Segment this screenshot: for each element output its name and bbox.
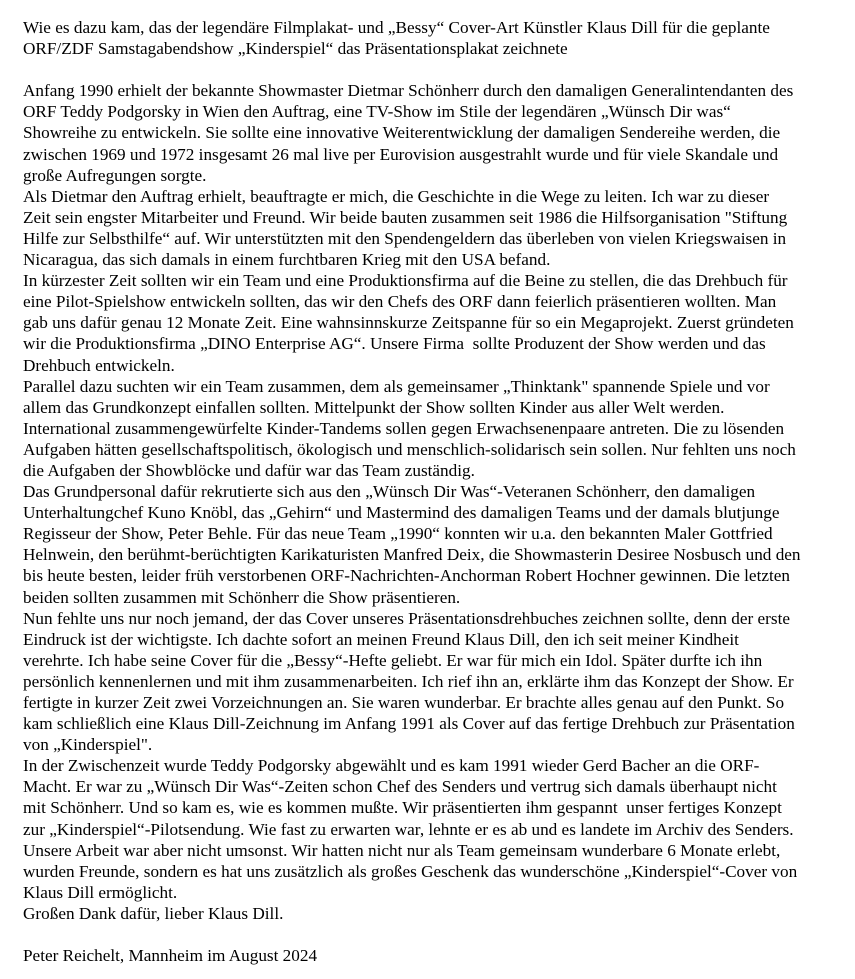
body-line: kam schließlich eine Klaus Dill-Zeichnun… (23, 713, 843, 734)
body-line: ORF Teddy Podgorsky in Wien den Auftrag,… (23, 101, 843, 122)
body-line: verehrte. Ich habe seine Cover für die „… (23, 650, 843, 671)
body-line: wurden Freunde, sondern es hat uns zusät… (23, 861, 843, 882)
body-line: Helnwein, den berühmt-berüchtigten Karik… (23, 544, 843, 565)
document-page: Wie es dazu kam, das der legendäre Filmp… (23, 17, 843, 966)
body-line: zwischen 1969 und 1972 insgesamt 26 mal … (23, 144, 843, 165)
body-line: beiden sollten zusammen mit Schönherr di… (23, 587, 843, 608)
body-line: bis heute besten, leider früh verstorben… (23, 565, 843, 586)
body-line: Drehbuch entwickeln. (23, 355, 843, 376)
spacer (23, 924, 843, 945)
body-line: Parallel dazu suchten wir ein Team zusam… (23, 376, 843, 397)
body-line: Nicaragua, das sich damals in einem furc… (23, 249, 843, 270)
body-line: große Aufregungen sorgte. (23, 165, 843, 186)
body-line: von „Kinderspiel". (23, 734, 843, 755)
body-line: Als Dietmar den Auftrag erhielt, beauftr… (23, 186, 843, 207)
body-line: In kürzester Zeit sollten wir ein Team u… (23, 270, 843, 291)
document-title: Wie es dazu kam, das der legendäre Filmp… (23, 17, 843, 59)
body-line: wir die Produktionsfirma „DINO Enterpris… (23, 333, 843, 354)
body-line: allem das Grundkonzept einfallen sollten… (23, 397, 843, 418)
body-line: Hilfe zur Selbsthilfe“ auf. Wir unterstü… (23, 228, 843, 249)
body-line: Anfang 1990 erhielt der bekannte Showmas… (23, 80, 843, 101)
body-line: Unterhaltungchef Kuno Knöbl, das „Gehirn… (23, 502, 843, 523)
spacer (23, 59, 843, 80)
body-line: gab uns dafür genau 12 Monate Zeit. Eine… (23, 312, 843, 333)
body-line: mit Schönherr. Und so kam es, wie es kom… (23, 797, 843, 818)
body-line: Showreihe zu entwickeln. Sie sollte eine… (23, 122, 843, 143)
body-line: fertigte in kurzer Zeit zwei Vorzeichnun… (23, 692, 843, 713)
body-line: Regisseur der Show, Peter Behle. Für das… (23, 523, 843, 544)
body-line: eine Pilot-Spielshow entwickeln sollten,… (23, 291, 843, 312)
body-line: International zusammengewürfelte Kinder-… (23, 418, 843, 439)
body-line: Zeit sein engster Mitarbeiter und Freund… (23, 207, 843, 228)
title-line: Wie es dazu kam, das der legendäre Filmp… (23, 17, 843, 38)
body-line: persönlich kennenlernen und mit ihm zusa… (23, 671, 843, 692)
body-line: In der Zwischenzeit wurde Teddy Podgorsk… (23, 755, 843, 776)
body-line: Großen Dank dafür, lieber Klaus Dill. (23, 903, 843, 924)
body-line: zur „Kinderspiel“-Pilotsendung. Wie fast… (23, 819, 843, 840)
body-line: Nun fehlte uns nur noch jemand, der das … (23, 608, 843, 629)
body-line: die Aufgaben der Showblöcke und dafür wa… (23, 460, 843, 481)
body-line: Macht. Er war zu „Wünsch Dir Was“-Zeiten… (23, 776, 843, 797)
body-line: Eindruck ist der wichtigste. Ich dachte … (23, 629, 843, 650)
body-line: Klaus Dill ermöglicht. (23, 882, 843, 903)
body-line: Unsere Arbeit war aber nicht umsonst. Wi… (23, 840, 843, 861)
body-line: Das Grundpersonal dafür rekrutierte sich… (23, 481, 843, 502)
document-body: Anfang 1990 erhielt der bekannte Showmas… (23, 80, 843, 924)
signature: Peter Reichelt, Mannheim im August 2024 (23, 945, 843, 966)
title-line: ORF/ZDF Samstagabendshow „Kinderspiel“ d… (23, 38, 843, 59)
body-line: Aufgaben hätten gesellschaftspolitisch, … (23, 439, 843, 460)
